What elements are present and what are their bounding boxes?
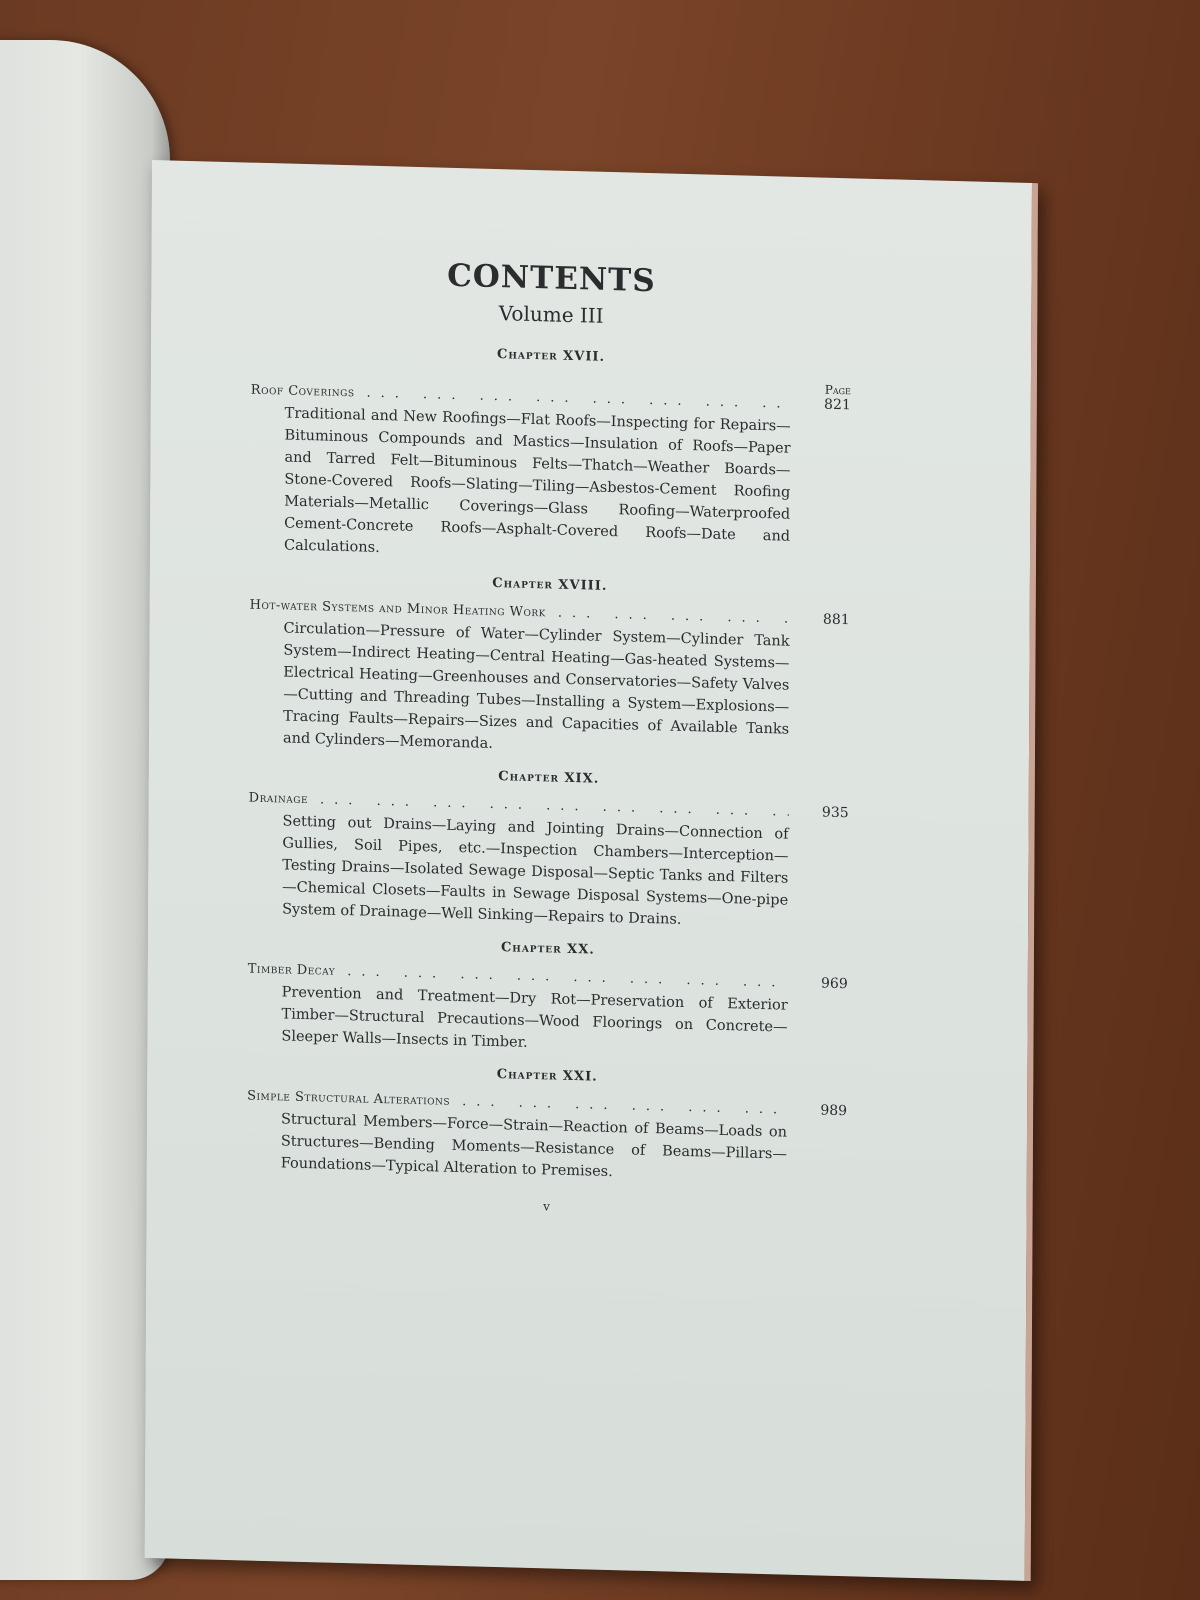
page-number: 821 bbox=[791, 396, 851, 414]
left-page-edge bbox=[0, 40, 170, 1580]
chapter-block: Chapter XVII. Page Roof Coverings ... ..… bbox=[250, 341, 851, 572]
page-number: 935 bbox=[789, 804, 849, 822]
dot-leader: ... ... ... ... ... ... ... ... ... ... bbox=[546, 605, 790, 626]
chapter-block: Chapter XVIII. Hot-water Systems and Min… bbox=[249, 570, 850, 765]
page-number: 989 bbox=[787, 1102, 847, 1120]
book-page: CONTENTS Volume III Chapter XVII. Page R… bbox=[145, 160, 1038, 1581]
chapter-block: Chapter XX. Timber Decay ... ... ... ...… bbox=[247, 934, 848, 1063]
chapter-heading: Chapter XXI. bbox=[247, 1061, 847, 1092]
chapter-description: Prevention and Treatment—Dry Rot—Preserv… bbox=[281, 981, 787, 1060]
entry-title: Drainage bbox=[249, 791, 308, 808]
chapter-heading: Chapter XIX. bbox=[249, 763, 849, 794]
chapter-block: Chapter XXI. Simple Structural Alteratio… bbox=[247, 1061, 848, 1190]
chapter-heading: Chapter XVIII. bbox=[250, 570, 850, 601]
entry-title: Timber Decay bbox=[248, 962, 336, 979]
page-number: 881 bbox=[790, 611, 850, 629]
chapter-description: Structural Members—Force—Strain—Reaction… bbox=[281, 1108, 787, 1187]
page-folio: v bbox=[247, 1191, 847, 1221]
chapter-heading: Chapter XX. bbox=[248, 934, 848, 965]
chapter-description: Setting out Drains—Laying and Jointing D… bbox=[282, 810, 789, 933]
entry-title: Simple Structural Alterations bbox=[247, 1089, 450, 1109]
page-number: 969 bbox=[788, 975, 848, 993]
chapter-description: Circulation—Pressure of Water—Cylinder S… bbox=[283, 617, 790, 762]
chapter-description: Traditional and New Roofings—Flat Roofs—… bbox=[284, 402, 791, 569]
entry-title: Roof Coverings bbox=[251, 383, 355, 401]
contents-section: CONTENTS Volume III Chapter XVII. Page R… bbox=[247, 253, 852, 1222]
chapter-heading: Chapter XVII. bbox=[251, 341, 851, 372]
chapter-block: Chapter XIX. Drainage ... ... ... ... ..… bbox=[248, 763, 849, 936]
